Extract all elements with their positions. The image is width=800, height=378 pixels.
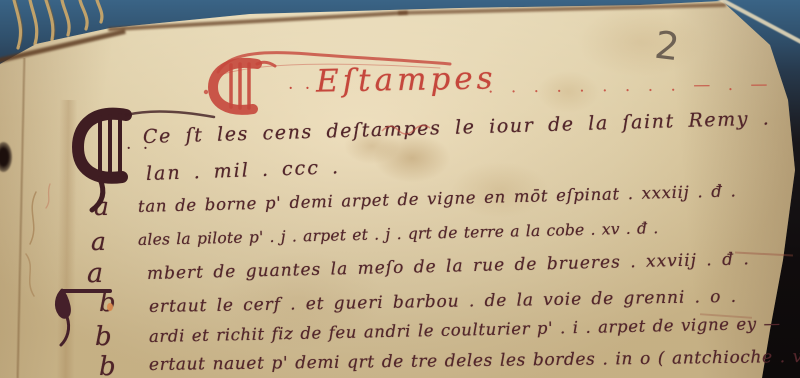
rubric-pilcrow-icon xyxy=(205,56,279,116)
heading-title: Eſtampes xyxy=(316,60,497,99)
initial-paraph-icon xyxy=(66,100,218,216)
margin-paraph-icon xyxy=(52,283,122,353)
heading-pilcrow-dots: . . xyxy=(288,74,313,94)
margin-letter: b xyxy=(99,352,116,378)
manuscript-photo: 2 . . Eſtampes . . . . . . . . . — . — xyxy=(0,0,800,378)
heading-dots: . . . . . . . . . — . — xyxy=(488,75,774,98)
margin-letter: a xyxy=(91,227,106,256)
rubric-squiggle xyxy=(380,122,440,138)
initial-dots: . . xyxy=(126,134,151,154)
